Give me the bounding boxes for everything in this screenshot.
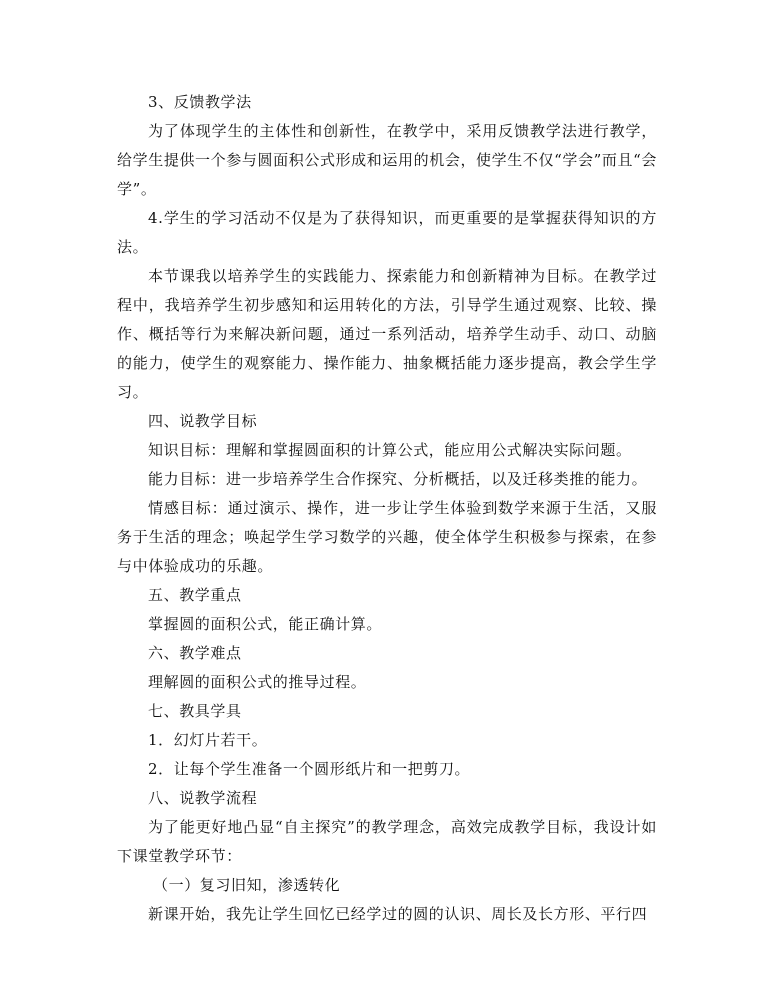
heading-feedback-method: 3、反馈教学法 bbox=[117, 88, 657, 117]
paragraph-lesson-goals: 本节课我以培养学生的实践能力、探索能力和创新精神为目标。在教学过程中，我培养学生… bbox=[117, 262, 657, 407]
paragraph-difficulties: 理解圆的面积公式的推导过程。 bbox=[117, 668, 657, 697]
paragraph-ability-objective: 能力目标：进一步培养学生合作探究、分析概括，以及迁移类推的能力。 bbox=[117, 465, 657, 494]
heading-difficulties: 六、教学难点 bbox=[117, 639, 657, 668]
heading-key-points: 五、教学重点 bbox=[117, 581, 657, 610]
paragraph-emotion-objective: 情感目标：通过演示、操作，进一步让学生体验到数学来源于生活，又服务于生活的理念；… bbox=[117, 494, 657, 581]
paragraph-key-points: 掌握圆的面积公式，能正确计算。 bbox=[117, 610, 657, 639]
paragraph-learning-methods: 4.学生的学习活动不仅是为了获得知识，而更重要的是掌握获得知识的方法。 bbox=[117, 204, 657, 262]
heading-teaching-objectives: 四、说教学目标 bbox=[117, 407, 657, 436]
list-item-slides: 1．幻灯片若干。 bbox=[117, 726, 657, 755]
document-page: 3、反馈教学法 为了体现学生的主体性和创新性，在教学中，采用反馈教学法进行教学，… bbox=[117, 88, 657, 929]
list-item-paper-scissors: 2．让每个学生准备一个圆形纸片和一把剪刀。 bbox=[117, 755, 657, 784]
paragraph-knowledge-objective: 知识目标：理解和掌握圆面积的计算公式，能应用公式解决实际问题。 bbox=[117, 436, 657, 465]
paragraph-process-intro: 为了能更好地凸显“自主探究”的教学理念，高效完成教学目标，我设计如下课堂教学环节… bbox=[117, 813, 657, 871]
paragraph-review: 新课开始，我先让学生回忆已经学过的圆的认识、周长及长方形、平行四 bbox=[117, 900, 657, 929]
paragraph-feedback-method: 为了体现学生的主体性和创新性，在教学中，采用反馈教学法进行教学，给学生提供一个参… bbox=[117, 117, 657, 204]
subheading-review: （一）复习旧知，渗透转化 bbox=[117, 871, 657, 900]
heading-teaching-process: 八、说教学流程 bbox=[117, 784, 657, 813]
heading-teaching-aids: 七、教具学具 bbox=[117, 697, 657, 726]
